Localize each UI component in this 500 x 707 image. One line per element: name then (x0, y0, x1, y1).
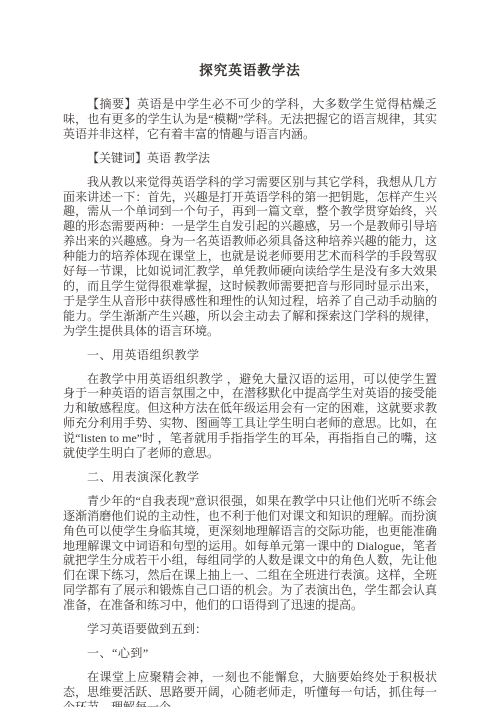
point-heart-paragraph: 在课堂上应聚精会神，一刻也不能懈怠，大脑要始终处于积极状态，思维要活跃、思路要开… (63, 670, 437, 707)
point-heading-heart: 一、“心到” (63, 646, 437, 661)
intro-paragraph: 我从教以来觉得英语学科的学习需要区别与其它学科，我想从几方面来讲述一下：首先，兴… (63, 175, 437, 339)
section-2-paragraph: 青少年的“自我表现”意识很强，如果在教学中只让他们光听不练会逐渐消磨他们说的主动… (63, 494, 437, 613)
keywords-line: 【关键词】英语 教学法 (63, 151, 437, 166)
section-heading-1: 一、用英语组织教学 (63, 348, 437, 363)
abstract-paragraph: 【摘要】英语是中学生必不可少的学科，大多数学生觉得枯燥乏味，也有更多的学生认为是… (63, 97, 437, 142)
section-heading-2: 二、用表演深化教学 (63, 470, 437, 485)
document-page: 探究英语教学法 【摘要】英语是中学生必不可少的学科，大多数学生觉得枯燥乏味，也有… (0, 0, 500, 707)
document-title: 探究英语教学法 (63, 62, 437, 80)
five-points-lead: 学习英语要做到五到： (63, 622, 437, 637)
section-1-paragraph: 在教学中用英语组织教学 ，避免大量汉语的运用，可以使学生置身于一种英语的语言氛围… (63, 372, 437, 461)
